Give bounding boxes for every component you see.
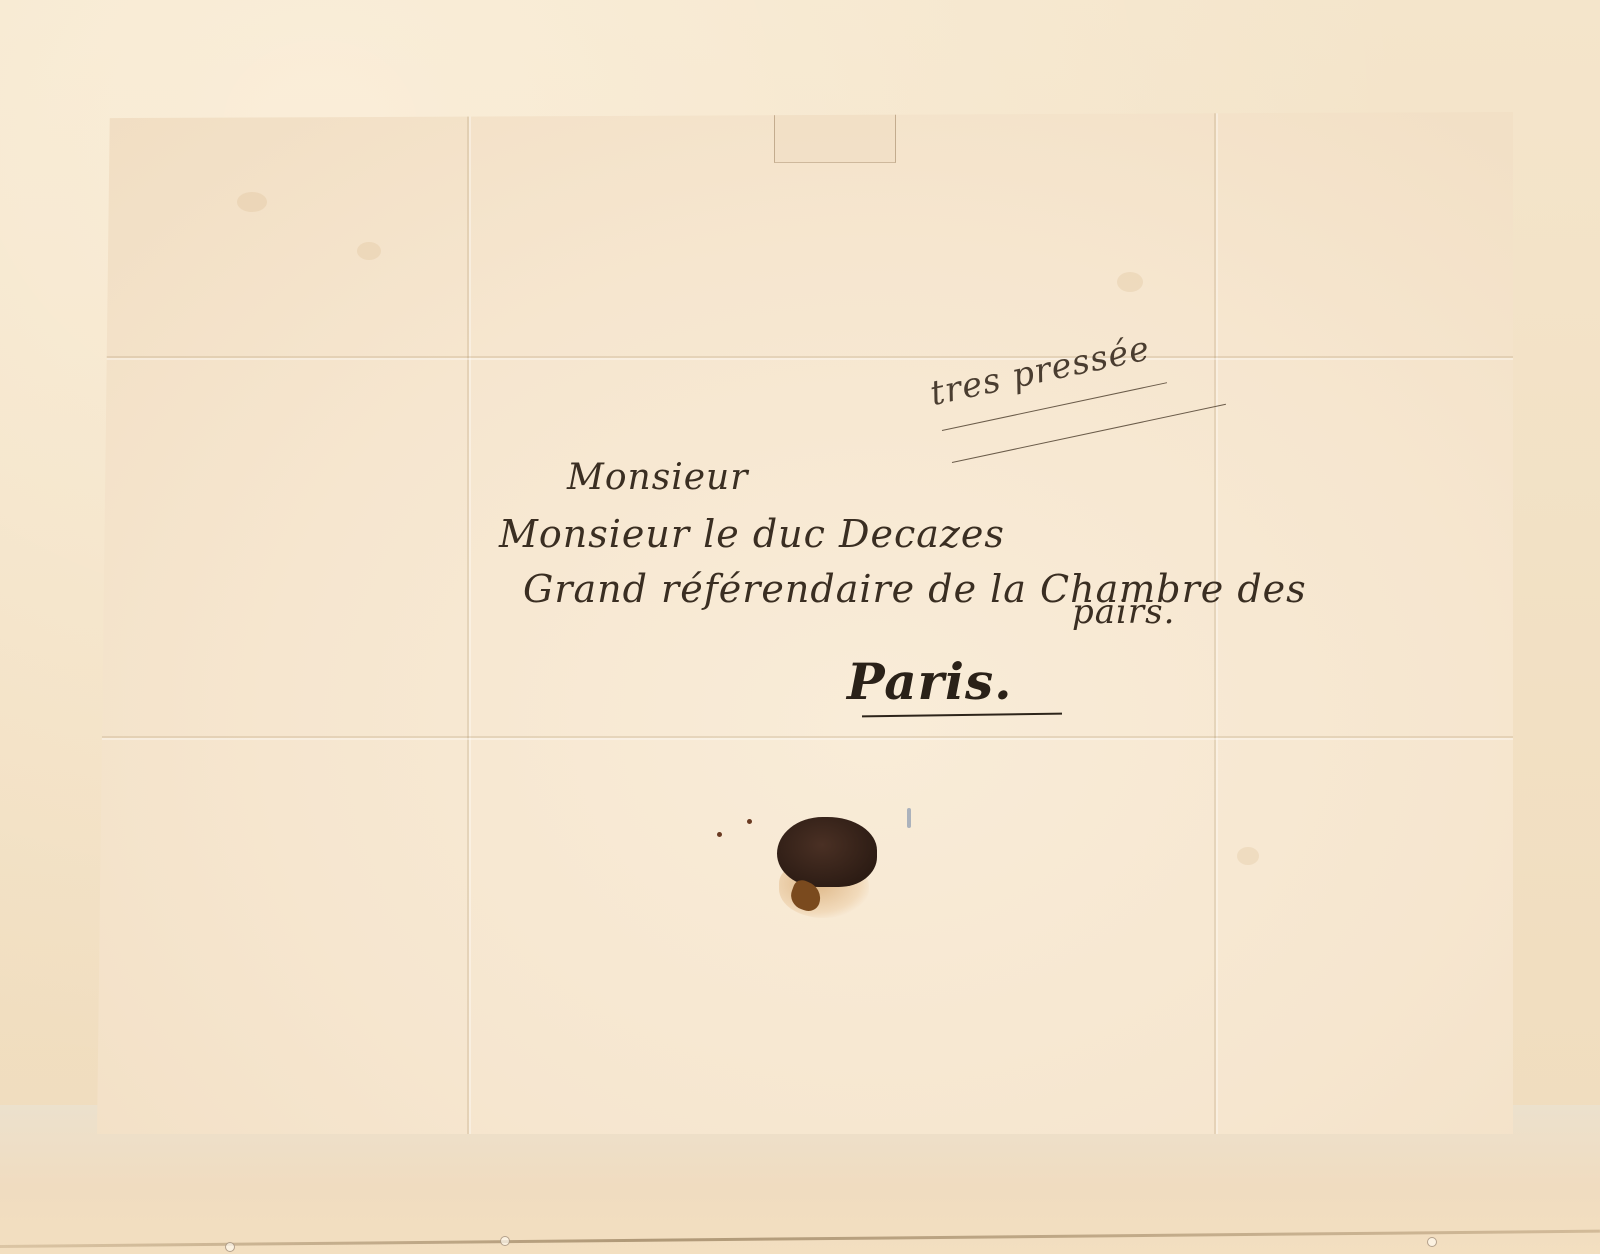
letter-sheet: tres pressée Monsieur Monsieur le duc De…: [97, 112, 1513, 1134]
fold-highlight: [97, 358, 1513, 360]
salutation: Monsieur: [567, 457, 748, 498]
blue-mark: [907, 808, 911, 828]
fold-highlight: [1216, 112, 1218, 1134]
wax-seal: [777, 817, 877, 887]
mount-pin: [1427, 1237, 1437, 1247]
address-line-1: Monsieur le duc Decazes: [499, 512, 1005, 556]
address-line-2: Grand référendaire de la Chambre des: [523, 567, 1307, 611]
mount-pin: [500, 1236, 510, 1246]
ink-spot: [717, 832, 722, 837]
foxing-stain: [237, 192, 267, 212]
foxing-stain: [1237, 847, 1259, 865]
fold-highlight: [97, 738, 1513, 740]
mount-pin: [225, 1242, 235, 1252]
foxing-stain: [1117, 272, 1143, 292]
foxing-stain: [357, 242, 381, 260]
ink-spot: [747, 819, 752, 824]
torn-flap: [774, 112, 896, 163]
urgent-annotation: tres pressée: [927, 328, 1154, 414]
city-underline: [862, 713, 1062, 718]
fold-highlight: [469, 112, 471, 1134]
annotation-underline: [952, 404, 1226, 463]
address-line-3: pairs.: [1072, 592, 1175, 632]
destination-city: Paris.: [847, 652, 1013, 711]
